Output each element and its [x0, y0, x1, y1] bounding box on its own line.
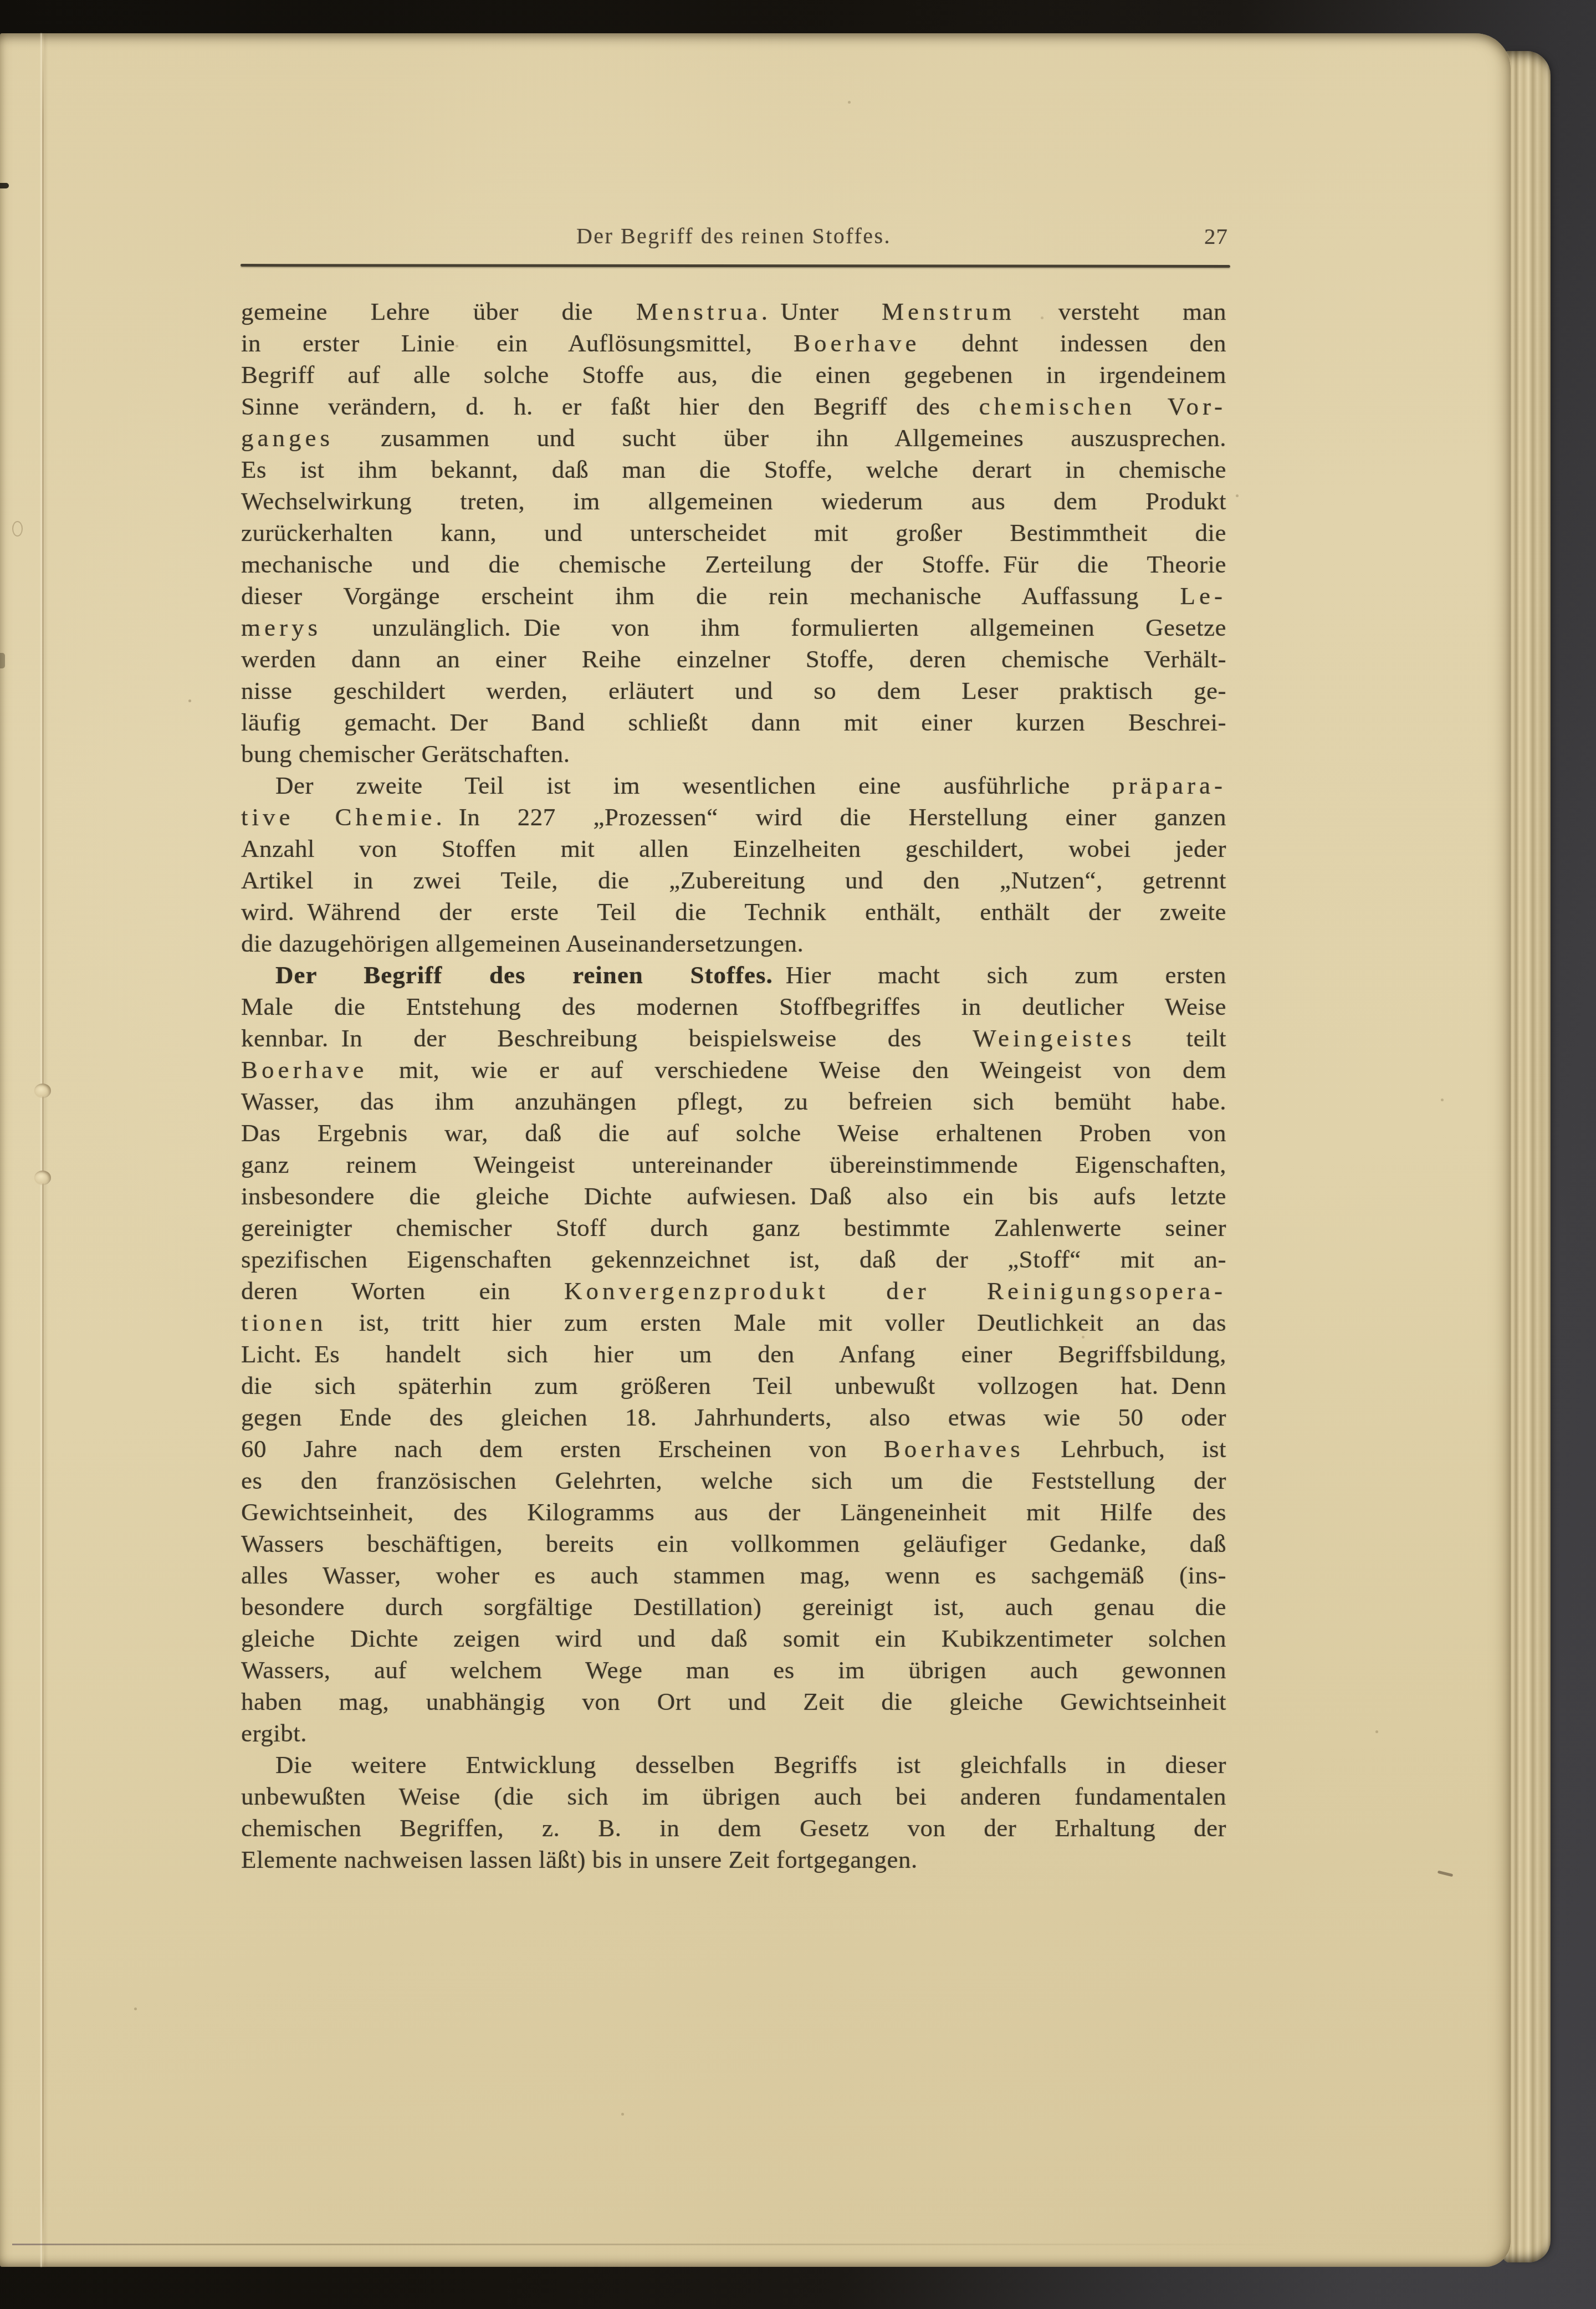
text-segment: kennbar. In der Beschreibung beispielswe… [241, 1024, 973, 1052]
text-segment: Licht. Es handelt sich hier um den Anfan… [241, 1340, 1226, 1368]
text-line: die dazugehörigen allgemeinen Auseinande… [241, 928, 1226, 959]
text-line: unbewußten Weise (die sich im übrigen au… [241, 1781, 1226, 1812]
text-line: 60 Jahre nach dem ersten Erscheinen von … [241, 1433, 1226, 1465]
text-segment: wird. Während der erste Teil die Technik… [241, 898, 1226, 926]
emphasized-spaced-text: Boerhaves [884, 1435, 1024, 1463]
text-line: Der Begriff des reinen Stoffes. Hier mac… [241, 959, 1226, 991]
stitch-hole [34, 1084, 51, 1098]
emphasized-spaced-text: Le- [1180, 582, 1226, 610]
binding-crease [42, 33, 44, 2267]
text-line: Wassers beschäftigen, bereits ein vollko… [241, 1528, 1226, 1560]
text-line: gegen Ende des gleichen 18. Jahrhunderts… [241, 1402, 1226, 1433]
text-segment: spezifischen Eigenschaften gekennzeichne… [241, 1245, 1226, 1273]
text-segment: Das Ergebnis war, daß die auf solche Wei… [241, 1119, 1226, 1147]
text-line: ganz reinem Weingeist untereinander über… [241, 1149, 1226, 1181]
text-segment: Lehrbuch, ist [1024, 1435, 1226, 1463]
text-line: insbesondere die gleiche Dichte aufwiese… [241, 1181, 1226, 1212]
text-segment: bung chemischer Gerätschaften. [241, 740, 570, 768]
header-rule [241, 264, 1230, 268]
text-segment: gemeine Lehre über die [241, 298, 636, 325]
text-line: ergibt. [241, 1718, 1226, 1749]
text-line: spezifischen Eigenschaften gekennzeichne… [241, 1244, 1226, 1275]
text-segment: Sinne verändern, d. h. er faßt hier den … [241, 392, 979, 420]
text-segment: läufig gemacht. Der Band schließt dann m… [241, 708, 1226, 736]
text-line: Licht. Es handelt sich hier um den Anfan… [241, 1339, 1226, 1370]
text-segment: 60 Jahre nach dem ersten Erscheinen von [241, 1435, 884, 1463]
text-segment: Begriff auf alle solche Stoffe aus, die … [241, 361, 1226, 389]
text-segment: dehnt indessen den [920, 329, 1226, 357]
text-segment: Elemente nachweisen lassen läßt) bis in … [241, 1846, 918, 1873]
text-segment: Anzahl von Stoffen mit allen Einzelheite… [241, 835, 1226, 862]
text-line: Wasser, das ihm anzuhängen pflegt, zu be… [241, 1086, 1226, 1117]
text-line: kennbar. In der Beschreibung beispielswe… [241, 1023, 1226, 1054]
emphasized-spaced-text: Konvergenzprodukt der Reinigungsopera- [564, 1277, 1226, 1305]
text-segment: Male die Entstehung des modernen Stoffbe… [241, 993, 1226, 1020]
text-line: dieser Vorgänge erscheint ihm die rein m… [241, 580, 1226, 612]
text-line: Der zweite Teil ist im wesentlichen eine… [241, 770, 1226, 801]
text-segment: es den französischen Gelehrten, welche s… [241, 1467, 1226, 1494]
text-segment: Wechselwirkung treten, im allgemeinen wi… [241, 487, 1226, 515]
text-segment: Hier macht sich zum ersten [773, 961, 1226, 989]
text-segment: In 227 „Prozessen“ wird die Herstellung … [446, 803, 1226, 831]
text-segment: mit, wie er auf verschiedene Weise den W… [367, 1056, 1226, 1084]
text-line: Die weitere Entwicklung desselben Begrif… [241, 1749, 1226, 1781]
text-line: Anzahl von Stoffen mit allen Einzelheite… [241, 833, 1226, 865]
text-segment: haben mag, unabhängig von Ort und Zeit d… [241, 1688, 1226, 1715]
text-segment: Wassers, auf welchem Wege man es im übri… [241, 1656, 1226, 1684]
text-line: deren Worten ein Konvergenzprodukt der R… [241, 1275, 1226, 1307]
text-segment: mechanische und die chemische Zerteilung… [241, 550, 1226, 578]
text-line: Boerhave mit, wie er auf verschiedene We… [241, 1054, 1226, 1086]
text-segment: gegen Ende des gleichen 18. Jahrhunderts… [241, 1403, 1226, 1431]
text-line: gemeine Lehre über die Menstrua. Unter M… [241, 296, 1226, 328]
text-line: Wechselwirkung treten, im allgemeinen wi… [241, 486, 1226, 517]
paper-speckles [0, 33, 2, 35]
text-line: alles Wasser, woher es auch stammen mag,… [241, 1560, 1226, 1591]
text-line: Elemente nachweisen lassen läßt) bis in … [241, 1844, 1226, 1876]
text-line: es den französischen Gelehrten, welche s… [241, 1465, 1226, 1496]
paper-blemish [0, 183, 9, 188]
text-segment: alles Wasser, woher es auch stammen mag,… [241, 1561, 1226, 1589]
text-line: werden dann an einer Reihe einzelner Sto… [241, 643, 1226, 675]
text-segment: Es ist ihm bekannt, daß man die Stoffe, … [241, 456, 1226, 483]
text-segment: teilt [1135, 1024, 1226, 1052]
text-segment: Der zweite Teil ist im wesentlichen eine… [275, 772, 1112, 799]
emphasized-spaced-text: tive Chemie. [241, 803, 446, 831]
text-line: gleiche Dichte zeigen wird und daß somit… [241, 1623, 1226, 1654]
text-segment: besondere durch sorgfältige Destillation… [241, 1593, 1226, 1621]
text-line: tionen ist, tritt hier zum ersten Male m… [241, 1307, 1226, 1339]
page-number: 27 [1204, 223, 1228, 249]
text-segment: ergibt. [241, 1719, 307, 1747]
text-segment: unzulänglich. Die von ihm formulierten a… [321, 614, 1226, 641]
paper-blemish [12, 521, 23, 537]
text-segment: Gewichtseinheit, des Kilogramms aus der … [241, 1498, 1226, 1526]
emphasized-spaced-text: Boerhave [794, 329, 920, 357]
bottom-crease [12, 2244, 1287, 2245]
inline-bold-heading: Der Begriff des reinen Stoffes. [275, 961, 773, 989]
text-line: merys unzulänglich. Die von ihm formulie… [241, 612, 1226, 643]
text-segment: dieser Vorgänge erscheint ihm die rein m… [241, 582, 1180, 610]
text-line: in erster Linie ein Auflösungsmittel, Bo… [241, 328, 1226, 359]
running-header: Der Begriff des reinen Stoffes. [241, 223, 1226, 249]
text-line: Es ist ihm bekannt, daß man die Stoffe, … [241, 454, 1226, 486]
text-line: mechanische und die chemische Zerteilung… [241, 549, 1226, 580]
emphasized-spaced-text: merys [241, 614, 321, 641]
text-segment: gleiche Dichte zeigen wird und daß somit… [241, 1625, 1226, 1652]
text-segment: Wassers beschäftigen, bereits ein vollko… [241, 1530, 1226, 1557]
text-line: Das Ergebnis war, daß die auf solche Wei… [241, 1117, 1226, 1149]
text-line: die sich späterhin zum größeren Teil unb… [241, 1370, 1226, 1402]
book-scan-photograph: Der Begriff des reinen Stoffes. 27 gemei… [0, 0, 1596, 2309]
text-segment: die dazugehörigen allgemeinen Auseinande… [241, 929, 804, 957]
emphasized-spaced-text: Menstrua [636, 298, 761, 325]
text-segment: insbesondere die gleiche Dichte aufwiese… [241, 1182, 1226, 1210]
text-line: ganges zusammen und sucht über ihn Allge… [241, 422, 1226, 454]
text-segment: versteht man [1015, 298, 1226, 325]
emphasized-spaced-text: ganges [241, 424, 334, 452]
text-segment: ist, tritt hier zum ersten Male mit voll… [326, 1309, 1226, 1336]
text-segment: zusammen und sucht über ihn Allgemeines … [334, 424, 1226, 452]
text-line: tive Chemie. In 227 „Prozessen“ wird die… [241, 801, 1226, 833]
text-segment: Artikel in zwei Teile, die „Zubereitung … [241, 866, 1226, 894]
emphasized-spaced-text: präpara- [1112, 772, 1226, 799]
text-segment: ganz reinem Weingeist untereinander über… [241, 1151, 1226, 1178]
text-line: gereinigter chemischer Stoff durch ganz … [241, 1212, 1226, 1244]
text-segment: Wasser, das ihm anzuhängen pflegt, zu be… [241, 1087, 1226, 1115]
text-segment: in erster Linie ein Auflösungsmittel, [241, 329, 794, 357]
emphasized-spaced-text: Weingeistes [973, 1024, 1135, 1052]
text-line: zurückerhalten kann, und unterscheidet m… [241, 517, 1226, 549]
emphasized-spaced-text: Menstrum [882, 298, 1015, 325]
text-segment: . Unter [761, 298, 882, 325]
text-segment: zurückerhalten kann, und unterscheidet m… [241, 519, 1226, 546]
text-line: bung chemischer Gerätschaften. [241, 738, 1226, 770]
paper-blemish [0, 653, 5, 668]
text-segment: die sich späterhin zum größeren Teil unb… [241, 1372, 1226, 1399]
page-header: Der Begriff des reinen Stoffes. 27 [241, 223, 1226, 256]
emphasized-spaced-text: tionen [241, 1309, 326, 1336]
text-line: haben mag, unabhängig von Ort und Zeit d… [241, 1686, 1226, 1718]
text-segment: deren Worten ein [241, 1277, 564, 1305]
emphasized-spaced-text: Boerhave [241, 1056, 367, 1084]
text-segment: nisse geschildert werden, erläutert und … [241, 677, 1226, 704]
text-line: Wassers, auf welchem Wege man es im übri… [241, 1654, 1226, 1686]
text-line: Artikel in zwei Teile, die „Zubereitung … [241, 865, 1226, 896]
text-line: nisse geschildert werden, erläutert und … [241, 675, 1226, 707]
text-line: läufig gemacht. Der Band schließt dann m… [241, 707, 1226, 738]
text-line: wird. Während der erste Teil die Technik… [241, 896, 1226, 928]
text-line: besondere durch sorgfältige Destillation… [241, 1591, 1226, 1623]
book-page: Der Begriff des reinen Stoffes. 27 gemei… [0, 33, 1511, 2267]
text-segment: gereinigter chemischer Stoff durch ganz … [241, 1214, 1226, 1242]
paper-blemish [1438, 1871, 1453, 1877]
text-line: Male die Entstehung des modernen Stoffbe… [241, 991, 1226, 1023]
text-segment: chemischen Begriffen, z. B. in dem Geset… [241, 1814, 1226, 1842]
text-line: Sinne verändern, d. h. er faßt hier den … [241, 391, 1226, 422]
text-line: Begriff auf alle solche Stoffe aus, die … [241, 359, 1226, 391]
emphasized-spaced-text: chemischen Vor- [979, 392, 1226, 420]
text-segment: werden dann an einer Reihe einzelner Sto… [241, 645, 1226, 673]
stitch-hole [34, 1171, 51, 1185]
text-segment: Die weitere Entwicklung desselben Begrif… [275, 1751, 1226, 1779]
text-segment: unbewußten Weise (die sich im übrigen au… [241, 1782, 1226, 1810]
text-line: chemischen Begriffen, z. B. in dem Geset… [241, 1812, 1226, 1844]
text-line: Gewichtseinheit, des Kilogramms aus der … [241, 1496, 1226, 1528]
page-text: gemeine Lehre über die Menstrua. Unter M… [241, 296, 1226, 1876]
